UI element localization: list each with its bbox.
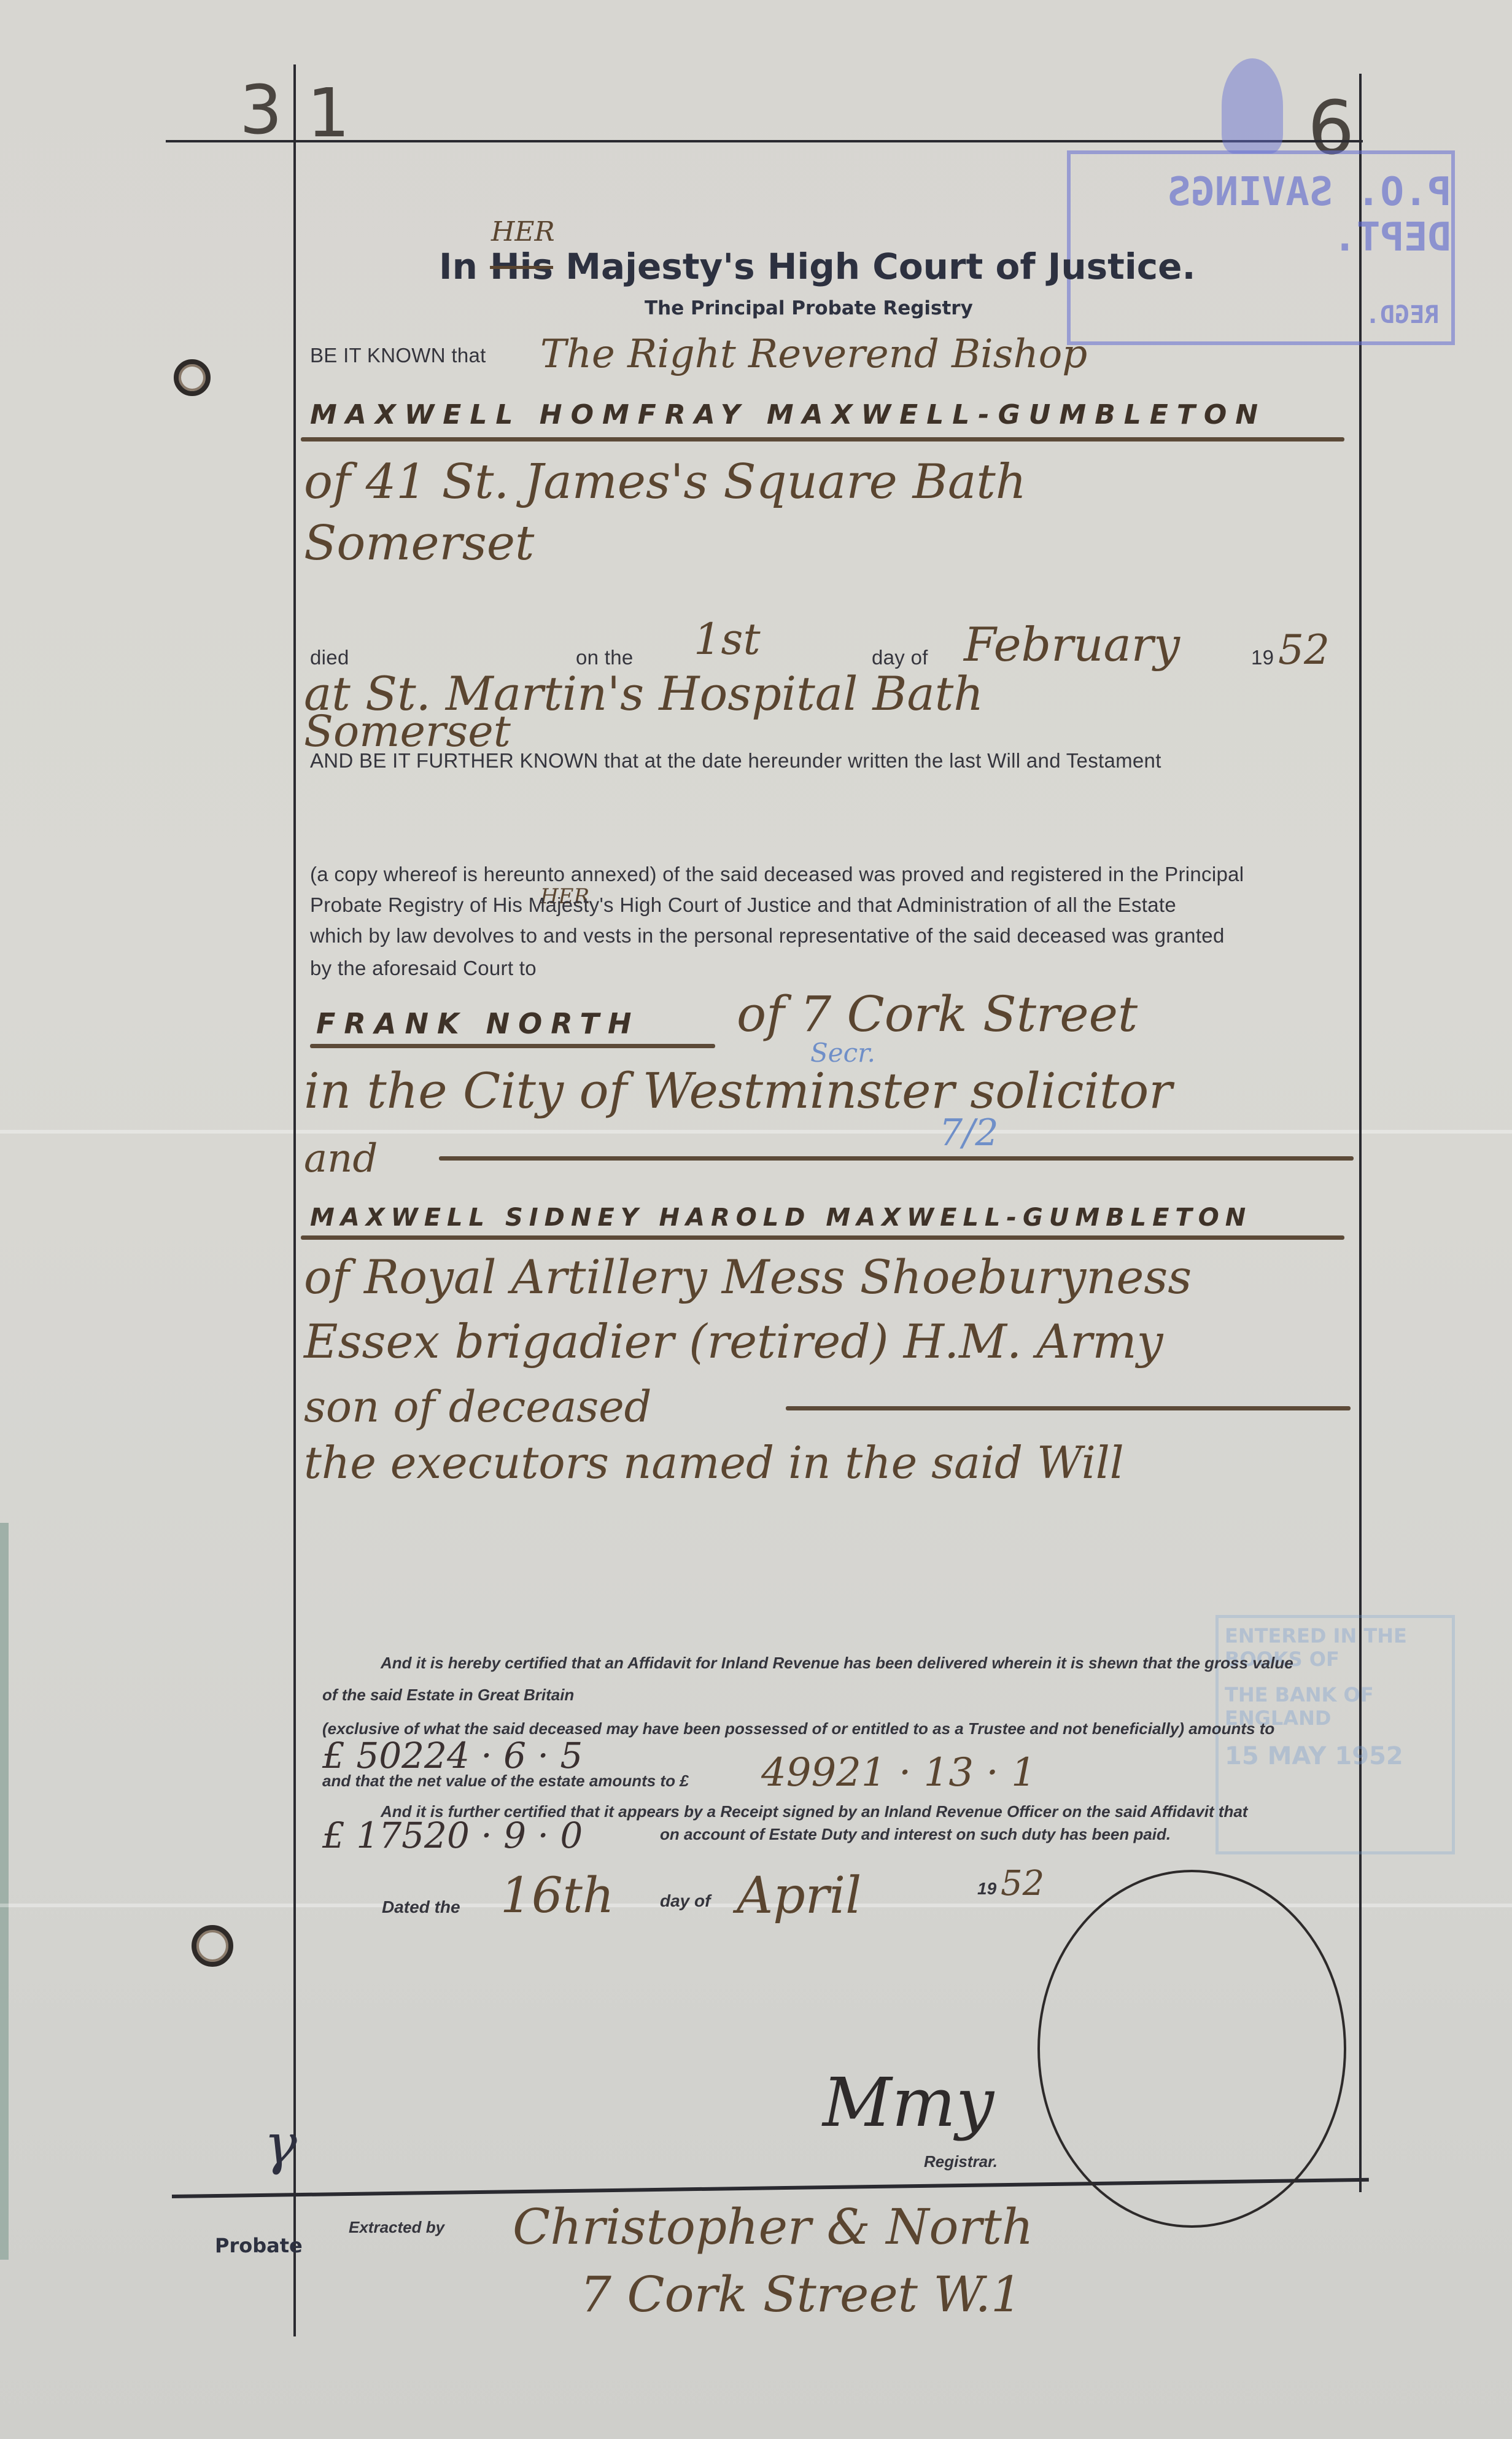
death-year: 52 [1278, 626, 1330, 674]
dated-day: 16th [500, 1867, 614, 1924]
probate-document: 3 1 6 P.O. SAVINGS DEPT. REGD. ENTERED I… [0, 0, 1512, 2439]
dated-year: 52 [1001, 1864, 1044, 1904]
frame-edge [0, 1523, 9, 2260]
stamp-text: REGD. [1365, 301, 1439, 329]
fold-crease [0, 1130, 1512, 1134]
duty-value: £ 17520 · 9 · 0 [322, 1815, 583, 1856]
grant-text-line: (a copy whereof is hereunto annexed) of … [310, 863, 1244, 886]
net-value: 49921 · 13 · 1 [761, 1750, 1036, 1795]
left-margin-rule [293, 64, 296, 2336]
deceased-title: The Right Reverend Bishop [540, 332, 1087, 377]
right-margin-rule [1359, 74, 1362, 2192]
executor-relation: son of deceased [304, 1382, 651, 1432]
certification-text: And it is hereby certified that an Affid… [381, 1654, 1293, 1673]
top-rule [166, 140, 1363, 142]
dated-label: Dated the [382, 1897, 460, 1917]
grant-text-line: Probate Registry of His Majesty's High C… [310, 893, 1176, 917]
seal-circle [1037, 1870, 1346, 2228]
dated-month: April [737, 1867, 861, 1925]
certification-text: of the said Estate in Great Britain [322, 1686, 574, 1705]
dated-day-of-label: day of [660, 1891, 710, 1911]
registrar-label: Registrar. [924, 2152, 998, 2171]
grant-text-line: by the aforesaid Court to [310, 957, 537, 980]
registry-subtitle: The Principal Probate Registry [645, 297, 973, 319]
executor-conjunction: and [304, 1136, 378, 1181]
probate-label: Probate [215, 2234, 303, 2257]
executor-second-address: Essex brigadier (retired) H.M. Army [304, 1314, 1163, 1369]
deceased-address: Somerset [304, 516, 534, 571]
grant-text-line: which by law devolves to and vests in th… [310, 924, 1225, 947]
page-title: In His Majesty's High Court of Justice. [439, 246, 1196, 287]
executor-first-name: FRANK NORTH [316, 1007, 640, 1040]
crown-stamp-icon [1222, 58, 1283, 154]
name-underline [301, 437, 1344, 442]
duty-label: on account of Estate Duty and interest o… [660, 1825, 1171, 1844]
extracted-by-label: Extracted by [349, 2218, 444, 2237]
fill-line [786, 1406, 1351, 1410]
name-underline [310, 1044, 715, 1048]
death-day: 1st [694, 614, 761, 664]
death-month: February [964, 617, 1180, 672]
further-known-text: AND BE IT FURTHER KNOWN that at the date… [310, 749, 1161, 772]
title-prefix: In [439, 246, 478, 287]
extractor-name: Christopher & North [513, 2198, 1033, 2255]
deceased-address: of 41 St. James's Square Bath [304, 454, 1026, 510]
blue-annotation: 7/2 [939, 1111, 999, 1154]
net-value-label: and that the net value of the estate amo… [322, 1772, 689, 1791]
fill-line [439, 1156, 1354, 1161]
be-it-known-label: BE IT KNOWN that [310, 344, 486, 367]
registrar-signature: Mmy [823, 2063, 994, 2142]
executors-closing: the executors named in the said Will [304, 1437, 1124, 1488]
pencil-mark: γ [264, 2112, 297, 2177]
title-correction: HER [491, 216, 555, 247]
executor-first-address: of 7 Cork Street [737, 986, 1138, 1043]
title-main: Majesty's High Court of Justice. [565, 246, 1195, 287]
name-underline [301, 1235, 1344, 1240]
executor-second-name: MAXWELL SIDNEY HAROLD MAXWELL-GUMBLETON [310, 1204, 1252, 1232]
blue-annotation: Secr. [810, 1038, 875, 1068]
hole-punch [174, 359, 211, 396]
executor-second-address: of Royal Artillery Mess Shoeburyness [304, 1250, 1192, 1304]
extractor-address: 7 Cork Street W.1 [580, 2266, 1022, 2323]
title-struck-word: His [490, 246, 553, 287]
gross-value: £ 50224 · 6 · 5 [322, 1735, 583, 1776]
dated-year-prefix: 19 [977, 1879, 996, 1899]
executor-first-address: in the City of Westminster solicitor [304, 1062, 1173, 1119]
year-prefix: 19 [1251, 646, 1274, 669]
deceased-name: MAXWELL HOMFRAY MAXWELL-GUMBLETON [310, 399, 1266, 430]
stamp-text: 15 MAY 1952 [1219, 1736, 1452, 1776]
corner-number-left: 3 [239, 71, 282, 149]
hole-punch [192, 1925, 233, 1967]
